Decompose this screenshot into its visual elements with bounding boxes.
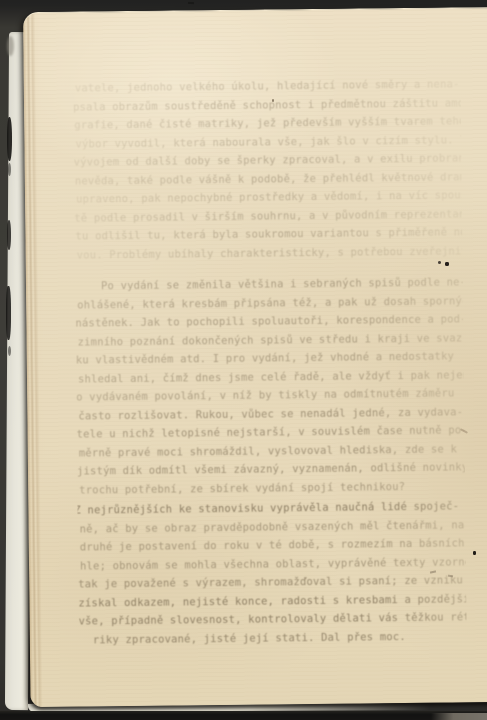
- paragraph: Po vydání se změnila většina i sebraných…: [75, 273, 465, 499]
- text-line: vou. Problémy ubíhaly charakteristicky, …: [77, 242, 463, 265]
- ink-smear: [8, 346, 11, 356]
- scanned-page: vatele, jednoho velkého úkolu, hledající…: [23, 7, 487, 707]
- text-line: trochu potřební, ze sbírek vydání spojí …: [79, 477, 465, 500]
- scan-bottom-corner: [431, 713, 487, 720]
- text-line: riky zpracované, jisté její stati. Dal p…: [93, 627, 467, 650]
- ink-smear: [7, 36, 14, 56]
- ink-smear: [7, 117, 12, 161]
- dust-speck: [445, 262, 449, 266]
- paragraph: vatele, jednoho velkého úkolu, hledající…: [73, 75, 463, 264]
- ink-smear: [8, 163, 11, 176]
- dust-speck: [438, 261, 441, 264]
- dust-speck: [272, 99, 274, 102]
- paragraph: Z nejrůznějších ke stanovisku vyprávěla …: [77, 497, 467, 649]
- dust-speck: [188, 2, 194, 4]
- ink-smear: [7, 220, 11, 250]
- scan-background: vatele, jednoho velkého úkolu, hledající…: [0, 0, 487, 720]
- dust-speck: [473, 551, 476, 555]
- scan-bottom-band: [0, 711, 487, 720]
- ink-smear: [6, 286, 11, 340]
- page-text: vatele, jednoho velkého úkolu, hledající…: [73, 75, 467, 649]
